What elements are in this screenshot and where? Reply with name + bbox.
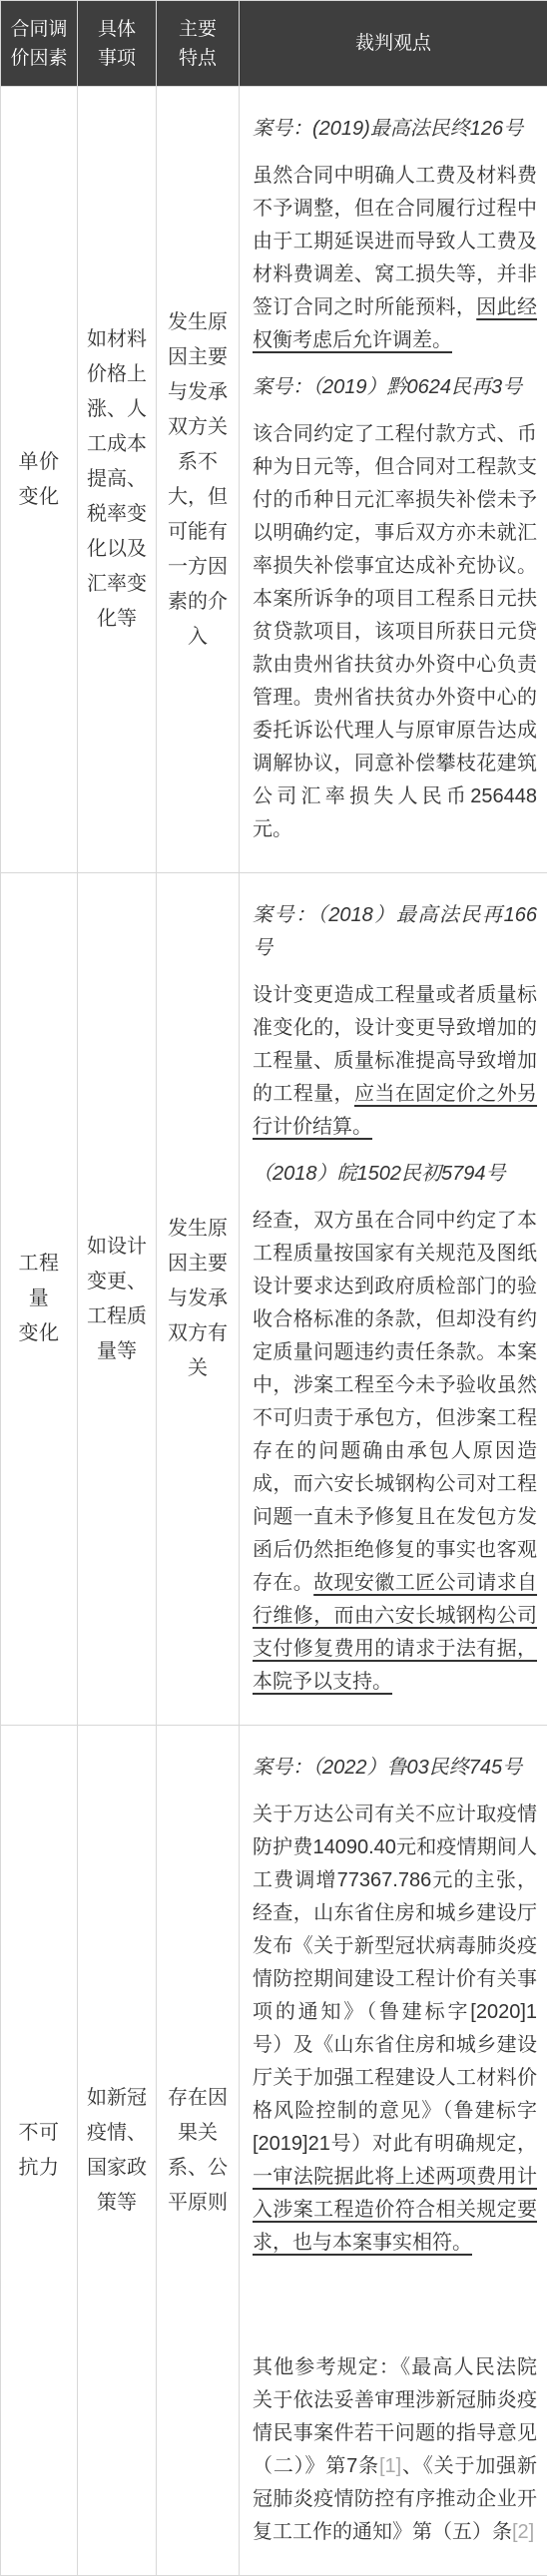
opinion-paragraph: 虽然合同中明确人工费及材料费不予调整，但在合同履行过程中由于工期延误进而导致人工… (253, 160, 537, 357)
case-number: 案号：（2022）鲁03民终745号 (253, 1752, 537, 1785)
case-number: 案号：（2018）最高法民再166号 (253, 899, 537, 965)
opinion-text: 虽然合同中明确人工费及材料费不予调整，但在合同履行过程中由于工期延误进而导致人工… (253, 165, 537, 318)
opinion-paragraph: 经查，双方虽在合同中约定了本工程质量按国家有关规范及图纸设计要求达到政府质检部门… (253, 1205, 537, 1699)
opinion-text: 关于万达公司有关不应计取疫情防护费14090.40元和疫情期间人工费调增7736… (253, 1803, 537, 2155)
case-number: （2018）皖1502民初5794号 (253, 1158, 537, 1191)
table-body: 单价 变化如材料价格上涨、人工成本提高、税率变化以及汇率变化等发生原因主要与发承… (1, 87, 547, 2576)
header-features: 主要 特点 (157, 1, 240, 87)
footnote-ref: [1] (379, 2455, 401, 2477)
opinions-cell: 案号：（2018）最高法民再166号设计变更造成工程量或者质量标准变化的，设计变… (240, 873, 547, 1726)
table-row: 单价 变化如材料价格上涨、人工成本提高、税率变化以及汇率变化等发生原因主要与发承… (1, 87, 547, 873)
header-row: 合同调 价因素 具体 事项 主要 特点 裁判观点 (1, 1, 547, 87)
case-number: 案号：(2019)最高法民终126号 (253, 113, 537, 146)
factor-cell: 工程量 变化 (1, 873, 78, 1726)
table-row: 不可 抗力如新冠疫情、国家政策等存在因果关系、公平原则案号：（2022）鲁03民… (1, 1726, 547, 2576)
table-row: 工程量 变化如设计变更、工程质量等发生原因主要与发承双方有关案号：（2018）最… (1, 873, 547, 1726)
case-number: 案号：（2019）黔0624民再3号 (253, 371, 537, 404)
opinions-cell: 案号：(2019)最高法民终126号虽然合同中明确人工费及材料费不予调整，但在合… (240, 87, 547, 873)
items-cell: 如材料价格上涨、人工成本提高、税率变化以及汇率变化等 (78, 87, 157, 873)
opinion-text: 该合同约定了工程付款方式、币种为日元等，但合同对工程款支付的币种日元汇率损失补偿… (253, 423, 537, 840)
opinion-text: 经查，双方虽在合同中约定了本工程质量按国家有关规范及图纸设计要求达到政府质检部门… (253, 1210, 537, 1594)
factor-cell: 不可 抗力 (1, 1726, 78, 2576)
opinion-paragraph: 关于万达公司有关不应计取疫情防护费14090.40元和疫情期间人工费调增7736… (253, 1799, 537, 2260)
features-cell: 存在因果关系、公平原则 (157, 1726, 240, 2576)
opinion-paragraph: 该合同约定了工程付款方式、币种为日元等，但合同对工程款支付的币种日元汇率损失补偿… (253, 418, 537, 846)
opinion-paragraph: 其他参考规定：《最高人民法院关于依法妥善审理涉新冠肺炎疫情民事案件若干问题的指导… (253, 2351, 537, 2549)
opinions-cell: 案号：（2022）鲁03民终745号关于万达公司有关不应计取疫情防护费14090… (240, 1726, 547, 2576)
items-cell: 如设计变更、工程质量等 (78, 873, 157, 1726)
features-cell: 发生原因主要与发承双方有关 (157, 873, 240, 1726)
header-factor: 合同调 价因素 (1, 1, 78, 87)
items-cell: 如新冠疫情、国家政策等 (78, 1726, 157, 2576)
features-cell: 发生原因主要与发承双方关系不大，但可能有一方因素的介入 (157, 87, 240, 873)
contract-price-adjustment-table: 合同调 价因素 具体 事项 主要 特点 裁判观点 单价 变化如材料价格上涨、人工… (0, 0, 547, 2576)
header-items: 具体 事项 (78, 1, 157, 87)
header-opinions: 裁判观点 (240, 1, 547, 87)
opinion-paragraph: 设计变更造成工程量或者质量标准变化的，设计变更导致增加的工程量、质量标准提高导致… (253, 979, 537, 1144)
blank-spacer (253, 2274, 537, 2337)
underlined-text: 一审法院据此将上述两项费用计入涉案工程造价符合相关规定要求，也与本案事实相符。 (253, 2166, 537, 2254)
factor-cell: 单价 变化 (1, 87, 78, 873)
footnote-ref: [2] (512, 2521, 534, 2543)
